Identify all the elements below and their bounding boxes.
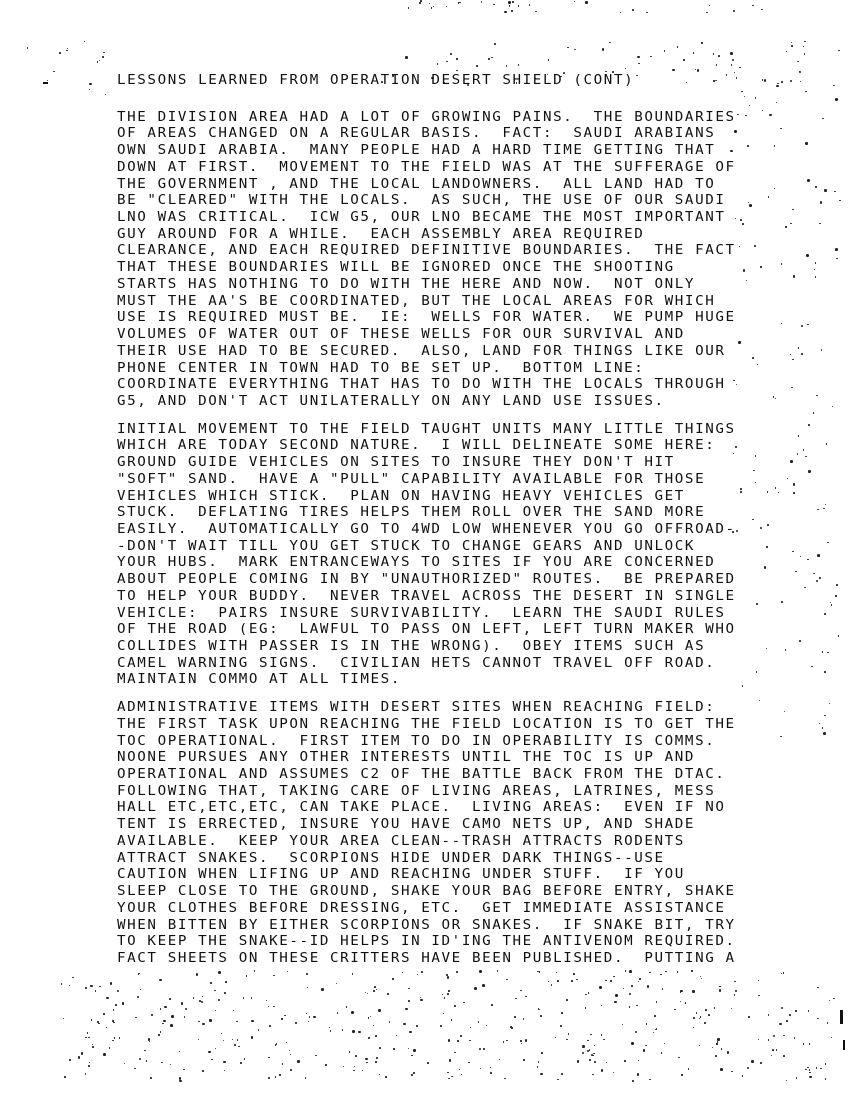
scan-speck: [693, 1027, 695, 1029]
scan-speck: [349, 1051, 351, 1053]
scan-speck: [218, 999, 221, 1002]
scan-speck: [625, 68, 627, 70]
scan-speck: [161, 1062, 163, 1064]
scan-speck: [589, 1059, 591, 1061]
scan-speck: [664, 1043, 666, 1045]
scan-speck: [468, 1062, 470, 1064]
scan-speck: [803, 449, 805, 451]
scan-speck: [433, 6, 435, 8]
scan-speck: [98, 1023, 100, 1025]
scan-speck: [823, 508, 825, 510]
scan-speck: [506, 65, 508, 67]
scan-speck: [103, 1053, 106, 1056]
scan-speck: [258, 1029, 260, 1031]
scan-speck: [105, 94, 107, 96]
scan-speck: [819, 723, 821, 725]
scan-speck: [482, 984, 485, 987]
scan-speck: [566, 999, 568, 1001]
scan-speck: [701, 42, 703, 44]
scan-speck: [385, 1076, 387, 1078]
scan-speck: [699, 1018, 701, 1020]
scan-speck: [681, 1074, 683, 1076]
scan-speck: [783, 1035, 785, 1037]
scan-speck: [459, 2, 461, 4]
scan-speck: [819, 223, 821, 225]
scan-speck: [537, 1066, 539, 1068]
scan-speck: [767, 491, 769, 493]
text-line: STUCK. DEFLATING TIRES HELPS THEM ROLL O…: [117, 505, 757, 520]
scan-speck: [825, 1063, 827, 1065]
scan-speck: [268, 1006, 270, 1008]
scan-speck: [815, 276, 817, 278]
scan-speck: [623, 988, 625, 990]
scan-speck: [734, 981, 736, 983]
text-line: AVAILABLE. KEEP YOUR AREA CLEAN--TRASH A…: [117, 834, 757, 849]
scan-speck: [820, 201, 823, 204]
scanned-page: LESSONS LEARNED FROM OPERATION DESERT SH…: [0, 0, 848, 1100]
scan-speck: [237, 1039, 239, 1041]
scan-speck: [680, 991, 682, 993]
scan-speck: [792, 359, 794, 361]
scan-speck: [822, 727, 824, 729]
scan-speck: [791, 42, 793, 44]
text-line: TO KEEP THE SNAKE--ID HELPS IN ID'ING TH…: [117, 934, 757, 949]
scan-speck: [540, 1073, 543, 1076]
scan-speck: [574, 1, 576, 3]
scan-speck: [817, 987, 819, 989]
text-line: FACT SHEETS ON THESE CRITTERS HAVE BEEN …: [117, 951, 757, 966]
scan-speck: [447, 1072, 449, 1074]
scan-speck: [457, 1040, 459, 1042]
scan-speck: [758, 980, 760, 982]
scan-speck: [491, 57, 493, 59]
scan-speck: [506, 1040, 508, 1042]
scan-speck: [768, 196, 770, 198]
scan-speck: [803, 1043, 805, 1045]
scan-speck: [790, 223, 792, 225]
scan-speck: [378, 1009, 381, 1012]
scan-speck: [146, 1060, 148, 1062]
scan-speck: [223, 1061, 226, 1064]
scan-speck: [713, 53, 715, 55]
scan-speck: [774, 145, 776, 147]
scan-speck: [615, 994, 618, 997]
scan-speck: [773, 1035, 776, 1038]
scan-speck: [683, 59, 685, 61]
scan-speck: [448, 1078, 450, 1080]
scan-speck: [240, 1062, 242, 1064]
scan-speck: [813, 412, 815, 414]
scan-speck: [365, 1058, 368, 1061]
scan-speck: [822, 651, 824, 653]
scan-speck: [735, 990, 738, 993]
scan-speck: [440, 1025, 442, 1027]
scan-speck: [771, 1055, 773, 1057]
scan-speck: [325, 1064, 327, 1066]
scan-speck: [787, 478, 789, 480]
scan-speck: [405, 56, 408, 59]
scan-speck: [289, 1050, 291, 1052]
scan-speck: [170, 1064, 172, 1066]
text-line: ADMINISTRATIVE ITEMS WITH DESERT SITES W…: [117, 700, 757, 715]
scan-speck: [85, 987, 87, 989]
scan-speck: [427, 1062, 429, 1064]
scan-speck: [567, 47, 569, 49]
text-line: PHONE CENTER IN TOWN HAD TO BE SET UP. B…: [117, 361, 757, 376]
text-line: BE "CLEARED" WITH THE LOCALS. AS SUCH, T…: [117, 193, 757, 208]
scan-speck: [646, 12, 648, 14]
scan-speck: [587, 1040, 589, 1042]
scan-speck: [822, 118, 824, 120]
scan-speck: [751, 1060, 754, 1063]
scan-speck: [817, 554, 820, 557]
scan-speck: [215, 1048, 217, 1050]
scan-speck: [535, 11, 537, 13]
scan-speck: [351, 1011, 354, 1014]
scan-speck: [193, 997, 195, 999]
scan-speck: [594, 1061, 596, 1063]
scan-speck: [376, 1057, 378, 1059]
scan-speck: [368, 1017, 370, 1019]
scan-speck: [470, 1027, 472, 1029]
scan-speck: [577, 1060, 580, 1063]
scan-speck: [503, 1041, 505, 1043]
scan-speck: [307, 987, 309, 989]
scan-speck: [159, 979, 162, 982]
scan-speck: [480, 1068, 482, 1070]
scan-speck: [732, 59, 735, 62]
scan-speck: [836, 584, 838, 586]
scan-speck: [148, 1038, 151, 1041]
text-line: HALL ETC,ETC,ETC, CAN TAKE PLACE. LIVING…: [117, 800, 757, 815]
scan-speck: [179, 1077, 182, 1080]
scan-speck: [150, 1077, 152, 1079]
scan-speck: [704, 1022, 706, 1024]
scan-speck: [251, 997, 253, 999]
scan-speck: [454, 1052, 456, 1054]
scan-speck: [716, 1043, 718, 1045]
scan-speck: [408, 7, 410, 9]
scan-speck: [758, 1039, 760, 1041]
scan-speck: [97, 61, 99, 63]
scan-speck: [478, 1021, 480, 1023]
scan-speck: [809, 1043, 811, 1045]
scan-speck: [696, 1012, 698, 1014]
text-line: OPERATIONAL AND ASSUMES C2 OF THE BATTLE…: [117, 767, 757, 782]
scan-speck: [541, 1052, 543, 1054]
scan-speck: [714, 1007, 716, 1009]
scan-speck: [221, 1033, 223, 1035]
scan-speck: [719, 989, 722, 992]
scan-speck: [290, 1069, 292, 1071]
scan-speck: [295, 1022, 297, 1024]
scan-speck: [106, 1027, 108, 1029]
text-line: MUST THE AA'S BE COORDINATED, BUT THE LO…: [117, 294, 757, 309]
scan-speck: [777, 83, 779, 85]
scan-speck: [760, 527, 763, 530]
text-line: "SOFT" SAND. HAVE A "PULL" CAPABILITY AV…: [117, 472, 757, 487]
scan-speck: [449, 1059, 452, 1062]
scan-speck: [343, 1066, 345, 1068]
scan-speck: [789, 1014, 791, 1016]
scan-speck: [504, 11, 507, 14]
scan-speck: [451, 1019, 453, 1021]
scan-speck: [540, 1015, 542, 1017]
scan-speck: [273, 1006, 275, 1008]
scan-speck: [488, 58, 490, 60]
scan-speck: [376, 989, 378, 991]
scan-speck: [709, 5, 711, 7]
scan-speck: [733, 10, 736, 13]
scan-speck: [809, 1076, 812, 1079]
text-line: USE IS REQUIRED MUST BE. IE: WELLS FOR W…: [117, 310, 757, 325]
scan-speck: [594, 1045, 596, 1047]
scan-speck: [393, 1048, 395, 1050]
scan-speck: [720, 1068, 723, 1071]
scan-speck: [780, 128, 782, 130]
scan-speck: [510, 1026, 512, 1028]
scan-speck: [839, 200, 841, 202]
scan-speck: [463, 1002, 465, 1004]
scan-speck: [748, 1016, 750, 1018]
scan-speck: [775, 398, 777, 400]
scan-speck: [366, 1062, 368, 1064]
scan-speck: [820, 1068, 822, 1070]
scan-speck: [224, 992, 226, 994]
scan-speck: [225, 981, 227, 983]
scan-speck: [525, 996, 527, 998]
scan-speck: [275, 1076, 277, 1078]
text-line: THE FIRST TASK UPON REACHING THE FIELD L…: [117, 717, 757, 732]
scan-speck: [819, 577, 821, 579]
scan-speck: [807, 559, 809, 561]
scan-speck: [387, 993, 389, 995]
text-line: EASILY. AUTOMATICALLY GO TO 4WD LOW WHEN…: [117, 522, 757, 537]
scan-speck: [592, 1074, 594, 1076]
scan-speck: [234, 1044, 236, 1046]
scan-speck: [251, 1020, 254, 1023]
scan-speck: [413, 1072, 415, 1074]
scan-speck: [268, 1077, 270, 1079]
scan-speck: [585, 1, 588, 4]
scan-speck: [805, 142, 808, 145]
scan-speck: [806, 254, 809, 257]
scan-speck: [88, 1037, 90, 1039]
scan-speck: [764, 79, 767, 82]
scan-speck: [781, 1007, 784, 1010]
scan-speck: [321, 988, 324, 991]
scan-speck: [672, 69, 675, 72]
text-line: THE GOVERNMENT , AND THE LOCAL LANDOWNER…: [117, 177, 757, 192]
scan-speck: [838, 635, 840, 637]
scan-speck: [214, 990, 216, 992]
scan-speck: [483, 1048, 485, 1050]
scan-speck: [199, 1000, 201, 1002]
scan-speck: [198, 1039, 200, 1041]
scan-speck: [800, 556, 802, 558]
scan-speck: [238, 1046, 240, 1048]
scan-artifact-mark: [43, 82, 48, 84]
scan-speck: [769, 114, 772, 117]
scan-speck: [760, 266, 762, 268]
scan-speck: [827, 542, 829, 544]
scan-speck: [413, 1049, 416, 1052]
scan-speck: [102, 56, 104, 58]
scan-speck: [53, 71, 55, 73]
scan-speck: [437, 63, 439, 65]
scan-speck: [560, 1025, 562, 1027]
scan-speck: [140, 989, 142, 991]
scan-speck: [103, 1013, 105, 1015]
scan-speck: [67, 48, 69, 50]
scan-speck: [103, 52, 105, 54]
scan-speck: [835, 98, 838, 101]
scan-speck: [297, 1060, 300, 1063]
scan-speck: [85, 1037, 87, 1039]
scan-speck: [824, 671, 826, 673]
text-line: -DON'T WAIT TILL YOU GET STUCK TO CHANGE…: [117, 539, 757, 554]
scan-speck: [454, 1005, 456, 1007]
scan-speck: [638, 981, 640, 983]
scan-speck: [375, 1061, 377, 1063]
scan-speck: [808, 470, 811, 473]
scan-speck: [719, 986, 721, 988]
scan-speck: [712, 1047, 714, 1049]
scan-speck: [520, 1040, 522, 1042]
scan-speck: [752, 5, 754, 7]
scan-speck: [91, 1019, 93, 1021]
scan-speck: [353, 1070, 355, 1072]
scan-speck: [767, 524, 769, 526]
scan-speck: [825, 504, 827, 506]
scan-speck: [576, 979, 578, 981]
scan-speck: [796, 1077, 798, 1079]
scan-speck: [762, 110, 764, 112]
scan-speck: [431, 7, 433, 9]
scan-speck: [411, 1055, 413, 1057]
scan-speck: [329, 1027, 331, 1029]
scan-speck: [268, 1057, 270, 1059]
scan-speck: [144, 1050, 146, 1052]
scan-speck: [833, 998, 835, 1000]
scan-speck: [638, 1060, 640, 1062]
scan-speck: [717, 1038, 720, 1041]
scan-speck: [646, 1023, 648, 1025]
scan-speck: [742, 1075, 744, 1077]
text-line: OWN SAUDI ARABIA. MANY PEOPLE HAD A HARD…: [117, 143, 757, 158]
scan-speck: [122, 1003, 124, 1005]
scan-speck: [179, 1051, 181, 1053]
scan-speck: [266, 1000, 268, 1002]
scan-speck: [807, 324, 809, 326]
scan-speck: [520, 990, 522, 992]
scan-speck: [766, 648, 768, 650]
scan-speck: [823, 732, 826, 735]
scan-speck: [183, 1069, 185, 1071]
text-line: INITIAL MOVEMENT TO THE FIELD TAUGHT UNI…: [117, 422, 757, 437]
scan-speck: [420, 0, 422, 2]
scan-speck: [685, 1002, 687, 1004]
scan-speck: [151, 1014, 153, 1016]
scan-speck: [804, 53, 806, 55]
scan-speck: [69, 1059, 71, 1061]
scan-speck: [688, 1068, 690, 1070]
scan-speck: [518, 64, 520, 66]
scan-speck: [674, 1009, 676, 1011]
scan-speck: [362, 1070, 364, 1072]
scan-speck: [705, 1009, 707, 1011]
scan-speck: [122, 1002, 124, 1004]
scan-speck: [99, 60, 101, 62]
scan-speck: [799, 71, 802, 74]
scan-speck: [780, 736, 782, 738]
scan-speck: [460, 1035, 462, 1037]
scan-speck: [251, 1036, 254, 1039]
scan-speck: [758, 995, 760, 997]
scan-speck: [606, 1062, 608, 1064]
scan-speck: [119, 1037, 121, 1039]
scan-speck: [731, 1008, 733, 1010]
scan-speck: [169, 998, 171, 1000]
scan-speck: [137, 996, 140, 999]
scan-speck: [730, 52, 733, 55]
scan-speck: [779, 1023, 782, 1026]
scan-speck: [444, 997, 446, 999]
scan-speck: [529, 4, 531, 6]
scan-speck: [551, 984, 553, 986]
scan-speck: [575, 49, 577, 51]
scan-speck: [539, 1009, 541, 1011]
text-line: MAINTAIN COMMO AT ALL TIMES.: [117, 672, 757, 687]
scan-speck: [622, 1024, 624, 1026]
scan-speck: [171, 1015, 174, 1018]
scan-speck: [588, 992, 590, 994]
scan-speck: [405, 1008, 408, 1011]
scan-speck: [829, 703, 831, 705]
scan-speck: [816, 580, 819, 583]
text-line: NOONE PURSUES ANY OTHER INTERESTS UNTIL …: [117, 750, 757, 765]
scan-speck: [643, 1049, 646, 1052]
scan-speck: [836, 258, 838, 260]
scan-speck: [772, 1049, 774, 1051]
scan-speck: [680, 1001, 682, 1003]
scan-speck: [446, 61, 448, 63]
scan-speck: [654, 1015, 656, 1017]
scan-speck: [90, 985, 93, 988]
scan-speck: [614, 1001, 617, 1004]
scan-speck: [346, 1006, 348, 1008]
scan-speck: [764, 566, 767, 569]
scan-speck: [525, 1039, 528, 1042]
scan-speck: [491, 1004, 493, 1006]
scan-speck: [809, 1069, 811, 1071]
document-body: LESSONS LEARNED FROM OPERATION DESERT SH…: [117, 73, 757, 979]
scan-speck: [456, 58, 458, 60]
scan-speck: [95, 990, 97, 992]
scan-speck: [716, 1043, 718, 1045]
scan-speck: [692, 990, 695, 993]
scan-speck: [591, 1054, 594, 1057]
scan-speck: [592, 1055, 594, 1057]
scan-speck: [631, 985, 633, 987]
scan-speck: [721, 1048, 723, 1050]
scan-speck: [718, 55, 720, 57]
scan-speck: [69, 985, 71, 987]
scan-speck: [632, 1080, 634, 1082]
scan-speck: [548, 59, 550, 61]
scan-speck: [557, 980, 559, 982]
scan-speck: [514, 1016, 516, 1018]
